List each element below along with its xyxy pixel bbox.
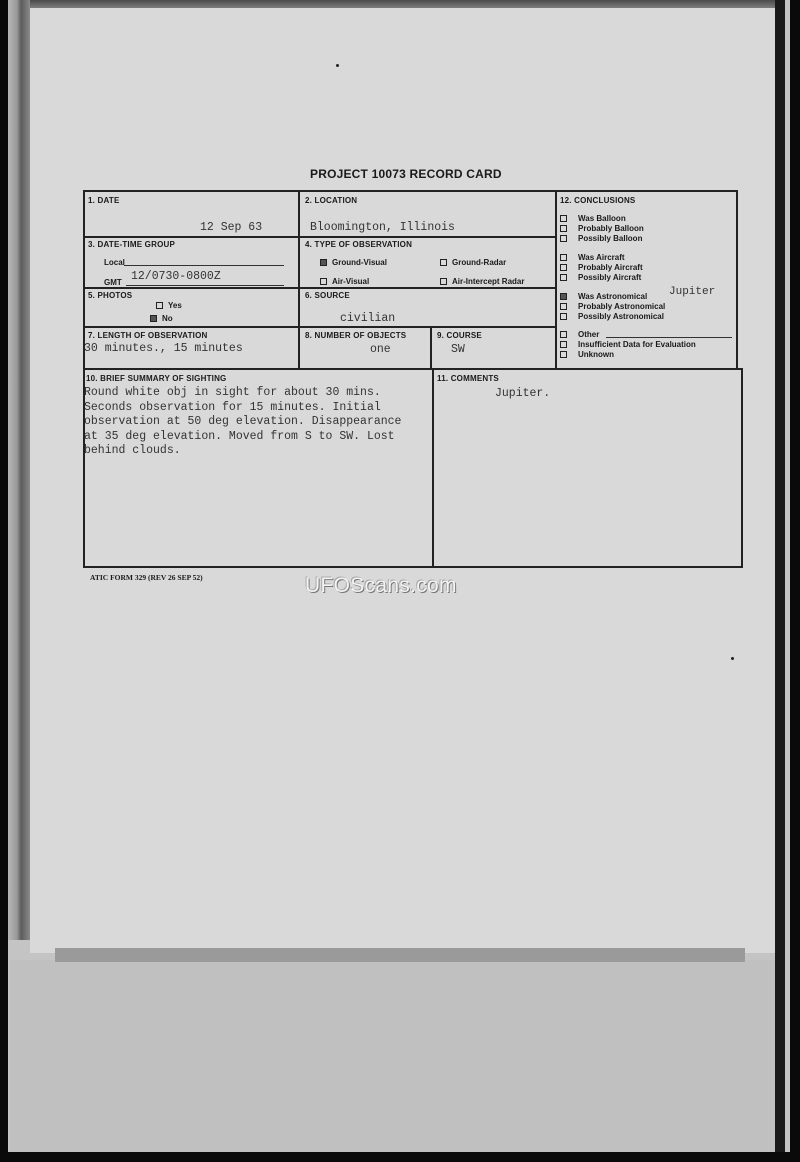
- column-divider: [432, 368, 434, 568]
- row-divider: [83, 326, 557, 328]
- number-of-objects-label: 8. NUMBER OF OBJECTS: [305, 331, 406, 340]
- checkbox-icon: [440, 259, 447, 266]
- checkbox-icon: [560, 235, 567, 242]
- column-divider: [298, 190, 300, 370]
- conclusion-was-astronomical[interactable]: Was Astronomical: [560, 292, 647, 301]
- gmt-field-line: [126, 285, 284, 286]
- column-divider: [430, 326, 432, 370]
- option-ground-visual[interactable]: Ground-Visual: [320, 258, 387, 267]
- date-label: 1. DATE: [88, 196, 119, 205]
- conclusion-possibly-aircraft[interactable]: Possibly Aircraft: [560, 273, 641, 282]
- source-label: 6. SOURCE: [305, 291, 350, 300]
- location-value: Bloomington, Illinois: [310, 221, 455, 234]
- checkbox-icon: [320, 278, 327, 285]
- conclusion-probably-aircraft[interactable]: Probably Aircraft: [560, 263, 643, 272]
- checkbox-icon: [560, 303, 567, 310]
- source-value: civilian: [340, 312, 395, 325]
- local-label: Local: [104, 258, 125, 267]
- course-value: SW: [451, 343, 465, 356]
- film-edge-right: [775, 0, 785, 1152]
- lower-sheet: [10, 960, 780, 1152]
- brief-summary-text: Round white obj in sight for about 30 mi…: [84, 386, 401, 459]
- checkbox-checked-icon: [320, 259, 327, 266]
- comments-value: Jupiter.: [495, 387, 550, 400]
- date-value: 12 Sep 63: [200, 221, 262, 234]
- checkbox-icon: [560, 274, 567, 281]
- length-of-observation-label: 7. LENGTH OF OBSERVATION: [88, 331, 207, 340]
- dust-speck: [731, 657, 734, 660]
- course-label: 9. COURSE: [437, 331, 482, 340]
- date-time-group-label: 3. DATE-TIME GROUP: [88, 240, 175, 249]
- conclusion-probably-astronomical[interactable]: Probably Astronomical: [560, 302, 665, 311]
- checkbox-icon: [560, 225, 567, 232]
- row-divider: [83, 287, 557, 289]
- checkbox-icon: [156, 302, 163, 309]
- photos-label: 5. PHOTOS: [88, 291, 132, 300]
- checkbox-icon: [440, 278, 447, 285]
- film-edge-left: [8, 0, 30, 940]
- gmt-value: 12/0730-0800Z: [131, 270, 221, 283]
- conclusion-insufficient-data[interactable]: Insufficient Data for Evaluation: [560, 340, 696, 349]
- checkbox-icon: [560, 264, 567, 271]
- checkbox-icon: [560, 254, 567, 261]
- form-number: ATIC FORM 329 (REV 26 SEP 52): [90, 573, 203, 582]
- option-photos-yes[interactable]: Yes: [156, 301, 182, 310]
- option-air-visual[interactable]: Air-Visual: [320, 277, 369, 286]
- other-field-line[interactable]: [606, 337, 732, 338]
- checkbox-icon: [560, 313, 567, 320]
- option-ground-radar[interactable]: Ground-Radar: [440, 258, 506, 267]
- conclusions-label: 12. CONCLUSIONS: [560, 196, 635, 205]
- page-shadow: [55, 948, 745, 962]
- checkbox-icon: [560, 351, 567, 358]
- conclusion-was-aircraft[interactable]: Was Aircraft: [560, 253, 625, 262]
- conclusion-possibly-astronomical[interactable]: Possibly Astronomical: [560, 312, 664, 321]
- checkbox-icon: [560, 215, 567, 222]
- conclusion-probably-balloon[interactable]: Probably Balloon: [560, 224, 644, 233]
- comments-label: 11. COMMENTS: [437, 374, 499, 383]
- conclusion-was-balloon[interactable]: Was Balloon: [560, 214, 626, 223]
- option-photos-no[interactable]: No: [150, 314, 173, 323]
- conclusion-possibly-balloon[interactable]: Possibly Balloon: [560, 234, 642, 243]
- option-air-intercept-radar[interactable]: Air-Intercept Radar: [440, 277, 524, 286]
- astronomical-note: Jupiter: [669, 286, 715, 298]
- number-of-objects-value: one: [370, 343, 391, 356]
- watermark: UFOScans.com: [305, 574, 457, 598]
- location-label: 2. LOCATION: [305, 196, 357, 205]
- length-of-observation-value: 30 minutes., 15 minutes: [84, 342, 243, 355]
- type-of-observation-label: 4. TYPE OF OBSERVATION: [305, 240, 412, 249]
- checkbox-checked-icon: [560, 293, 567, 300]
- checkbox-icon: [560, 331, 567, 338]
- local-field-line[interactable]: [124, 265, 284, 266]
- brief-summary-label: 10. BRIEF SUMMARY OF SIGHTING: [86, 374, 226, 383]
- dust-speck: [336, 64, 339, 67]
- gmt-label: GMT: [104, 278, 122, 287]
- checkbox-checked-icon: [150, 315, 157, 322]
- conclusion-other[interactable]: Other: [560, 330, 599, 339]
- card-title: PROJECT 10073 RECORD CARD: [310, 167, 502, 181]
- checkbox-icon: [560, 341, 567, 348]
- conclusion-unknown[interactable]: Unknown: [560, 350, 614, 359]
- row-divider: [83, 236, 557, 238]
